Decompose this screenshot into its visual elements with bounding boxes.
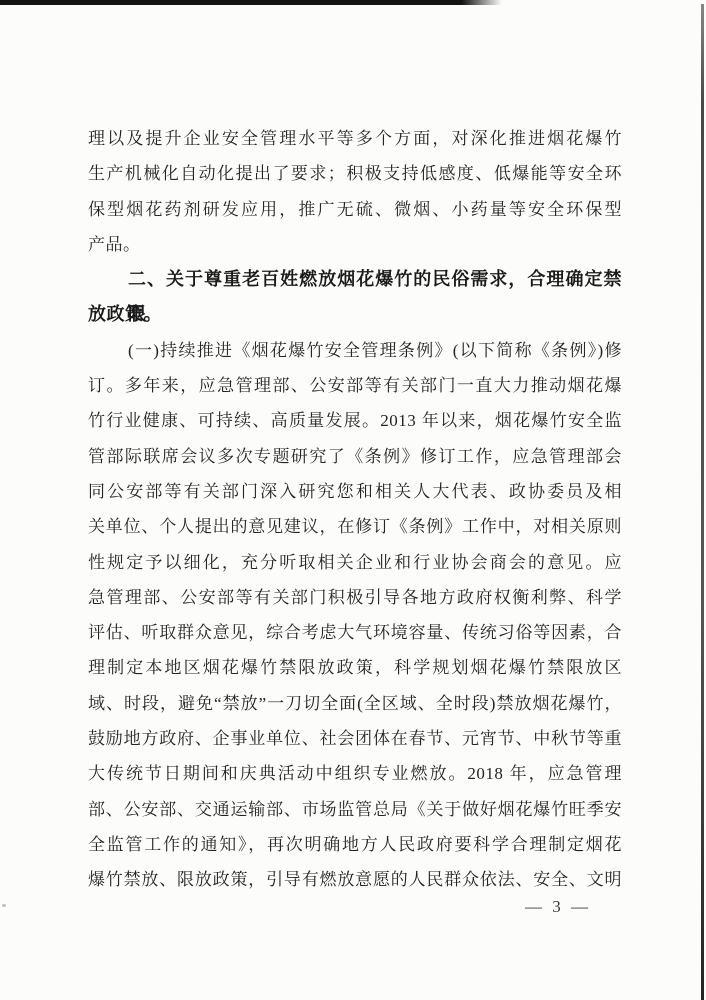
body-line: 产品。 (88, 227, 622, 262)
section-heading-line: 放政策。 (88, 297, 622, 332)
scanned-document-page: 理以及提升企业安全管理水平等多个方面，对深化推进烟花爆竹 生产机械化自动化提出了… (0, 0, 706, 1000)
body-line: 管部际联席会议多次专题研究了《条例》修订工作，应急管理部会 (88, 439, 622, 474)
section-heading-line: 二、关于尊重老百姓燃放烟花爆竹的民俗需求，合理确定禁限 (88, 262, 622, 297)
page-number: — 3 — (498, 894, 618, 920)
body-line: (一)持续推进《烟花爆竹安全管理条例》(以下简称《条例》)修 (88, 333, 622, 368)
body-line: 竹行业健康、可持续、高质量发展。2013 年以来，烟花爆竹安全监 (88, 403, 622, 438)
body-line: 大传统节日期间和庆典活动中组织专业燃放。2018 年，应急管理 (88, 756, 622, 791)
body-line: 保型烟花药剂研发应用，推广无硫、微烟、小药量等安全环保型 (88, 192, 622, 227)
body-line: 订。多年来，应急管理部、公安部等有关部门一直大力推动烟花爆 (88, 368, 622, 403)
body-line: 急管理部、公安部等有关部门积极引导各地方政府权衡利弊、科学 (88, 580, 622, 615)
body-line: 爆竹禁放、限放政策，引导有燃放意愿的人民群众依法、安全、文明 (88, 862, 622, 897)
body-line: 域、时段，避免“禁放”一刀切全面(全区域、全时段)禁放烟花爆竹， (88, 686, 622, 721)
body-line: 同公安部等有关部门深入研究您和相关人大代表、政协委员及相 (88, 474, 622, 509)
body-line: 全监管工作的通知》，再次明确地方人民政府要科学合理制定烟花 (88, 827, 622, 862)
body-line: 生产机械化自动化提出了要求；积极支持低感度、低爆能等安全环 (88, 156, 622, 191)
scan-artifact-top-bar (0, 0, 502, 5)
body-line: 关单位、个人提出的意见建议，在修订《条例》工作中，对相关原则 (88, 509, 622, 544)
body-line: 评估、听取群众意见，综合考虑大气环境容量、传统习俗等因素，合 (88, 615, 622, 650)
scan-artifact-right-edge (701, 4, 704, 1000)
scan-artifact-speck (2, 904, 6, 907)
body-line: 性规定予以细化，充分听取相关企业和行业协会商会的意见。应 (88, 545, 622, 580)
body-line: 部、公安部、交通运输部、市场监管总局《关于做好烟花爆竹旺季安 (88, 792, 622, 827)
body-line: 理以及提升企业安全管理水平等多个方面，对深化推进烟花爆竹 (88, 121, 622, 156)
body-line: 鼓励地方政府、企事业单位、社会团体在春节、元宵节、中秋节等重 (88, 721, 622, 756)
body-line: 理制定本地区烟花爆竹禁限放政策，科学规划烟花爆竹禁限放区 (88, 650, 622, 685)
document-body: 理以及提升企业安全管理水平等多个方面，对深化推进烟花爆竹 生产机械化自动化提出了… (88, 121, 622, 898)
